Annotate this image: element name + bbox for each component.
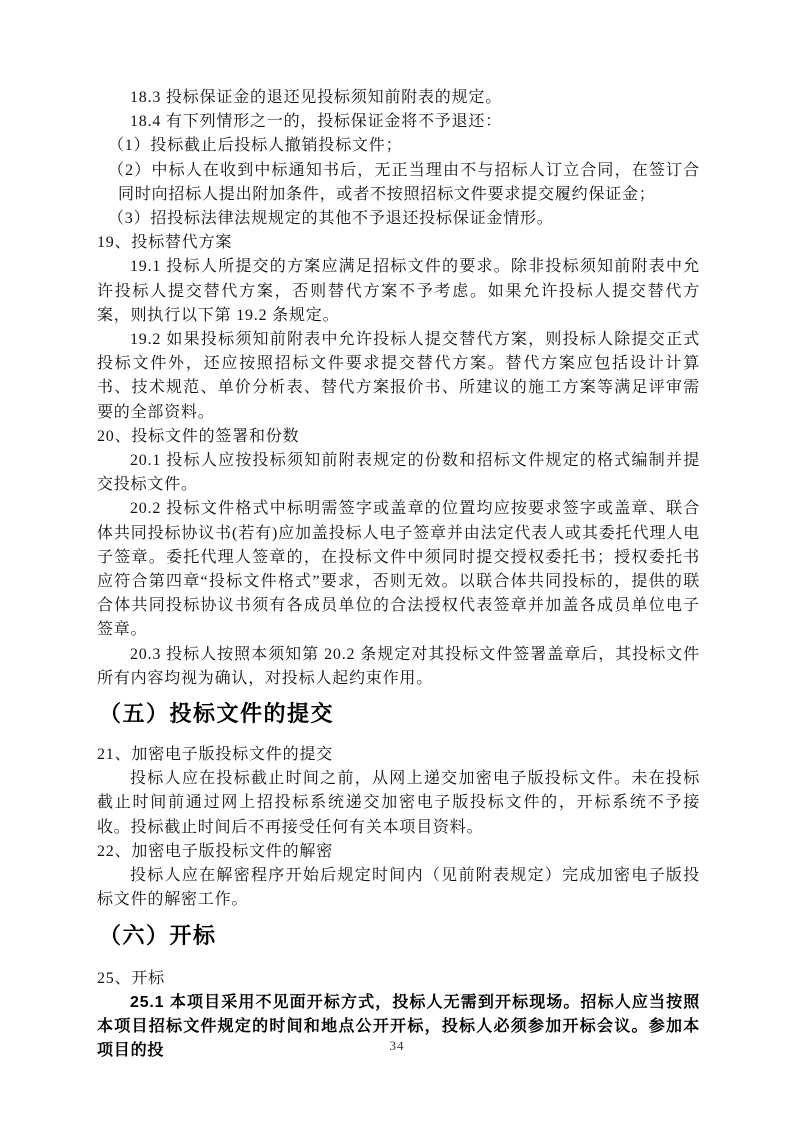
clause-20-title: 20、投标文件的签署和份数 [97, 425, 700, 449]
list-item-1: （1）投标截止后投标人撤销投标文件； [97, 134, 700, 158]
clause-19-2: 19.2 如果投标须知前附表中允许投标人提交替代方案，则投标人除提交正式投标文件… [97, 328, 700, 425]
clause-21-body: 投标人应在投标截止时间之前，从网上递交加密电子版投标文件。未在投标截止时间前通过… [97, 767, 700, 840]
clause-25-title: 25、开标 [97, 967, 700, 991]
document-page: 18.3 投标保证金的退还见投标须知前附表的规定。 18.4 有下列情形之一的，… [0, 0, 794, 1122]
list-item-2: （2）中标人在收到中标通知书后，无正当理由不与招标人订立合同，在签订合同时向招标… [97, 159, 700, 207]
clause-22-body: 投标人应在解密程序开始后规定时间内（见前附表规定）完成加密电子版投标文件的解密工… [97, 864, 700, 912]
clause-20-3: 20.3 投标人按照本须知第 20.2 条规定对其投标文件签署盖章后，其投标文件… [97, 643, 700, 691]
clause-21-title: 21、加密电子版投标文件的提交 [97, 743, 700, 767]
section-6-heading: （六）开标 [99, 921, 700, 951]
clause-19-title: 19、投标替代方案 [97, 231, 700, 255]
section-5-heading: （五）投标文件的提交 [99, 699, 700, 729]
clause-20-2: 20.2 投标文件格式中标明需签字或盖章的位置均应按要求签字或盖章、联合体共同投… [97, 497, 700, 642]
clause-20-1: 20.1 投标人应按投标须知前附表规定的份数和招标文件规定的格式编制并提交投标文… [97, 449, 700, 497]
clause-18-3: 18.3 投标保证金的退还见投标须知前附表的规定。 [97, 86, 700, 110]
page-number: 34 [0, 1038, 794, 1054]
list-item-3: （3）招投标法律法规规定的其他不予退还投标保证金情形。 [97, 207, 700, 231]
clause-18-4: 18.4 有下列情形之一的，投标保证金将不予退还： [97, 110, 700, 134]
clause-19-1: 19.1 投标人所提交的方案应满足招标文件的要求。除非投标须知前附表中允许投标人… [97, 255, 700, 328]
clause-22-title: 22、加密电子版投标文件的解密 [97, 840, 700, 864]
document-content: 18.3 投标保证金的退还见投标须知前附表的规定。 18.4 有下列情形之一的，… [97, 86, 700, 1063]
